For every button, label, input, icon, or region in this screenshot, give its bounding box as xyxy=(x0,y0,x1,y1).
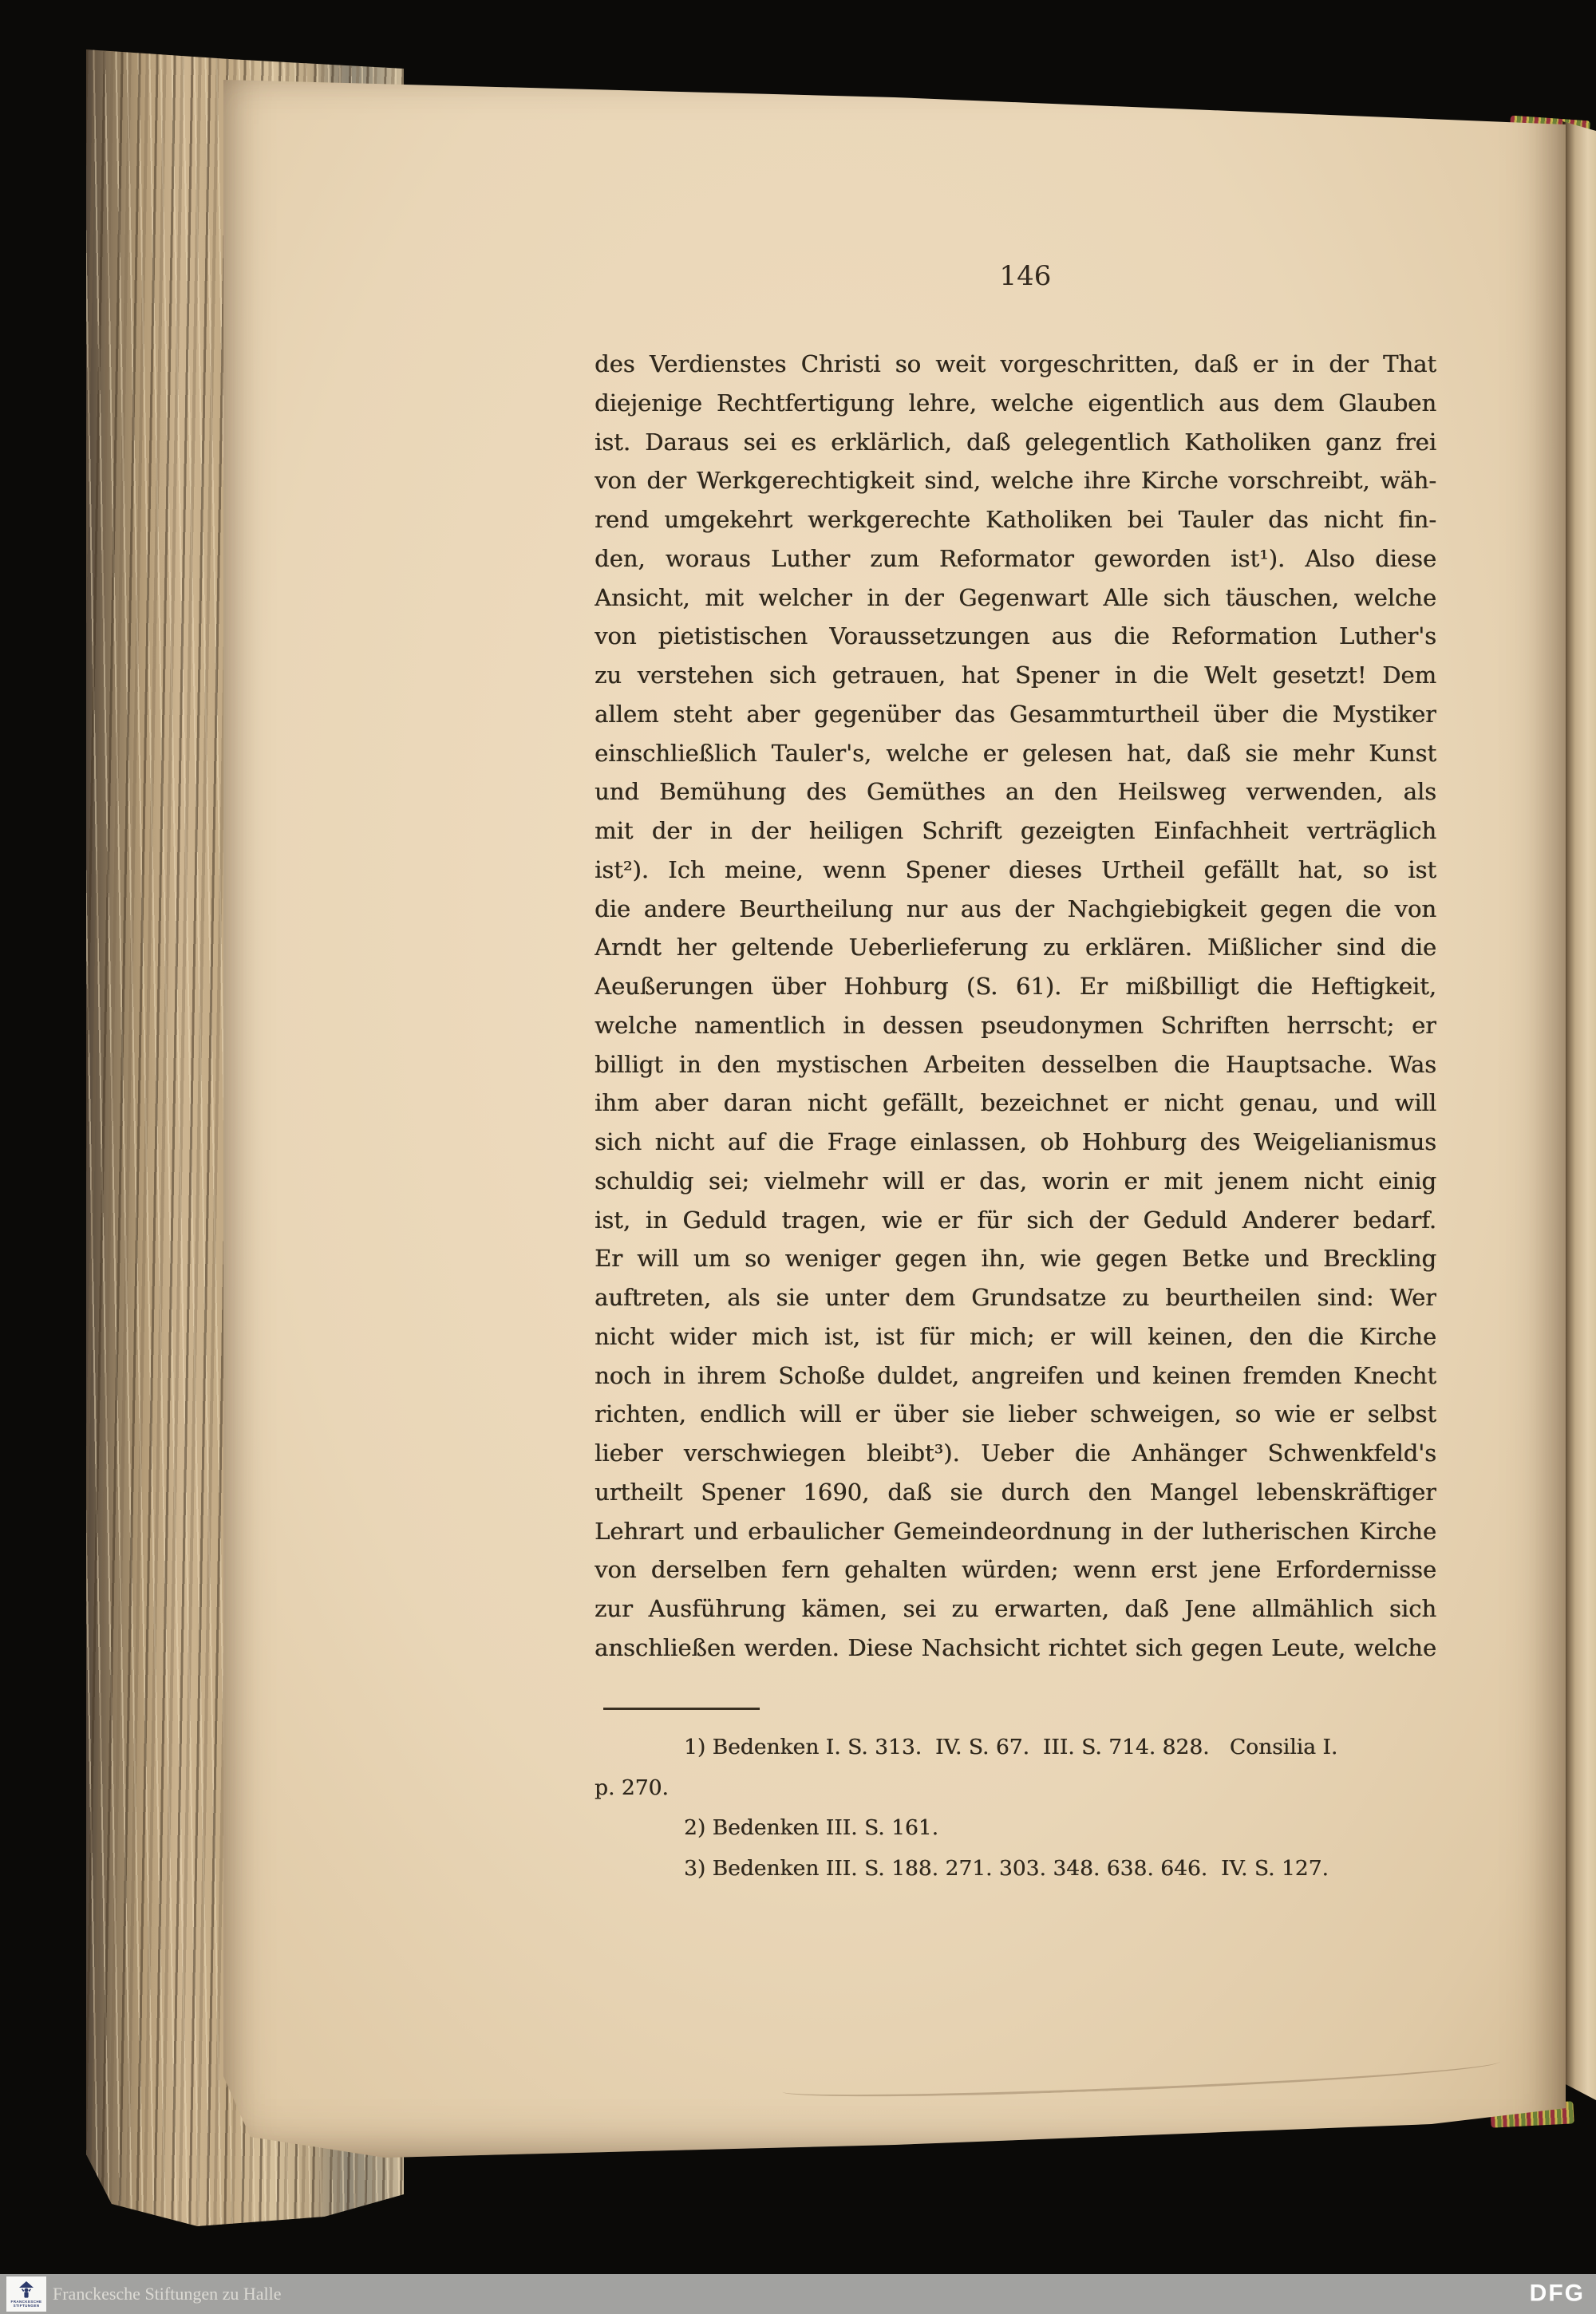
body-text-line: Arndt her geltende Ueberlieferung zu erk… xyxy=(595,928,1436,967)
body-text-line: allem steht aber gegenüber das Gesammtur… xyxy=(595,695,1436,734)
body-text-line: ist, in Geduld tragen, wie er für sich d… xyxy=(595,1201,1436,1240)
body-text-line: des Verdienstes Christi so weit vorgesch… xyxy=(595,345,1436,384)
body-text-line: ihm aber daran nicht gefällt, bezeichnet… xyxy=(595,1084,1436,1123)
footnote-line: p. 270. xyxy=(595,1768,1440,1809)
body-text-line: einschließlich Tauler's, welche er geles… xyxy=(595,734,1436,773)
body-text-line: schuldig sei; vielmehr will er das, wori… xyxy=(595,1162,1436,1201)
body-text-line: sich nicht auf die Frage einlassen, ob H… xyxy=(595,1123,1436,1162)
body-text-line: urtheilt Spener 1690, daß sie durch den … xyxy=(595,1473,1436,1512)
body-text-line: zur Ausführung kämen, sei zu erwarten, d… xyxy=(595,1589,1436,1629)
body-text-line: auftreten, als sie unter dem Grundsatze … xyxy=(595,1278,1436,1317)
body-text-line: von pietistischen Voraussetzungen aus di… xyxy=(595,617,1436,656)
footnotes-block: 1) Bedenken I. S. 313. IV. S. 67. III. S… xyxy=(595,1728,1440,1889)
body-text-line: Er will um so weniger gegen ihn, wie geg… xyxy=(595,1239,1436,1278)
page-number: 146 xyxy=(986,260,1065,292)
franckesche-stiftungen-logo: FRANCKESCHE STIFTUNGEN xyxy=(6,2276,46,2312)
footnote-separator-rule xyxy=(603,1708,760,1710)
franckesche-logo-icon xyxy=(18,2281,34,2299)
body-text-line: anschließen werden. Diese Nachsicht rich… xyxy=(595,1629,1436,1668)
footnote-line: 2) Bedenken III. S. 161. xyxy=(595,1808,1440,1849)
body-text-line: lieber verschwiegen bleibt³). Ueber die … xyxy=(595,1434,1436,1473)
body-text-block: des Verdienstes Christi so weit vorgesch… xyxy=(595,345,1436,1668)
logo-caption: FRANCKESCHE STIFTUNGEN xyxy=(6,2300,46,2308)
body-text-line: billigt in den mystischen Arbeiten desse… xyxy=(595,1045,1436,1084)
body-text-line: mit der in der heiligen Schrift gezeigte… xyxy=(595,811,1436,851)
body-text-line: ist. Daraus sei es erklärlich, daß geleg… xyxy=(595,423,1436,462)
footnote-line: 1) Bedenken I. S. 313. IV. S. 67. III. S… xyxy=(595,1728,1440,1768)
scanned-book-photo: 146 des Verdienstes Christi so weit vorg… xyxy=(0,0,1596,2314)
body-text-line: den, woraus Luther zum Reformator geword… xyxy=(595,539,1436,578)
footnote-line: 3) Bedenken III. S. 188. 271. 303. 348. … xyxy=(595,1849,1440,1890)
body-text-line: und Bemühung des Gemüthes an den Heilswe… xyxy=(595,772,1436,811)
viewer-bottom-bar: FRANCKESCHE STIFTUNGEN Franckesche Stift… xyxy=(0,2274,1596,2314)
body-text-line: Ansicht, mit welcher in der Gegenwart Al… xyxy=(595,578,1436,618)
body-text-line: rend umgekehrt werkgerechte Katholiken b… xyxy=(595,500,1436,539)
body-text-line: welche namentlich in dessen pseudonymen … xyxy=(595,1006,1436,1045)
body-text-line: richten, endlich will er über sie lieber… xyxy=(595,1395,1436,1434)
institution-name: Franckesche Stiftungen zu Halle xyxy=(53,2284,282,2304)
body-text-line: diejenige Rechtfertigung lehre, welche e… xyxy=(595,384,1436,423)
body-text-line: Lehrart und erbaulicher Gemeindeordnung … xyxy=(595,1512,1436,1551)
body-text-line: zu verstehen sich getrauen, hat Spener i… xyxy=(595,656,1436,695)
body-text-line: Aeußerungen über Hohburg (S. 61). Er miß… xyxy=(595,967,1436,1006)
dfg-logo: DFG xyxy=(1530,2280,1585,2307)
body-text-line: die andere Beurtheilung nur aus der Nach… xyxy=(595,890,1436,929)
body-text-line: von der Werkgerechtigkeit sind, welche i… xyxy=(595,461,1436,500)
body-text-line: von derselben fern gehalten würden; wenn… xyxy=(595,1550,1436,1589)
facing-page-sliver xyxy=(1562,121,1596,2115)
body-text-line: nicht wider mich ist, ist für mich; er w… xyxy=(595,1317,1436,1356)
body-text-line: ist²). Ich meine, wenn Spener dieses Urt… xyxy=(595,851,1436,890)
body-text-line: noch in ihrem Schoße duldet, angreifen u… xyxy=(595,1356,1436,1396)
